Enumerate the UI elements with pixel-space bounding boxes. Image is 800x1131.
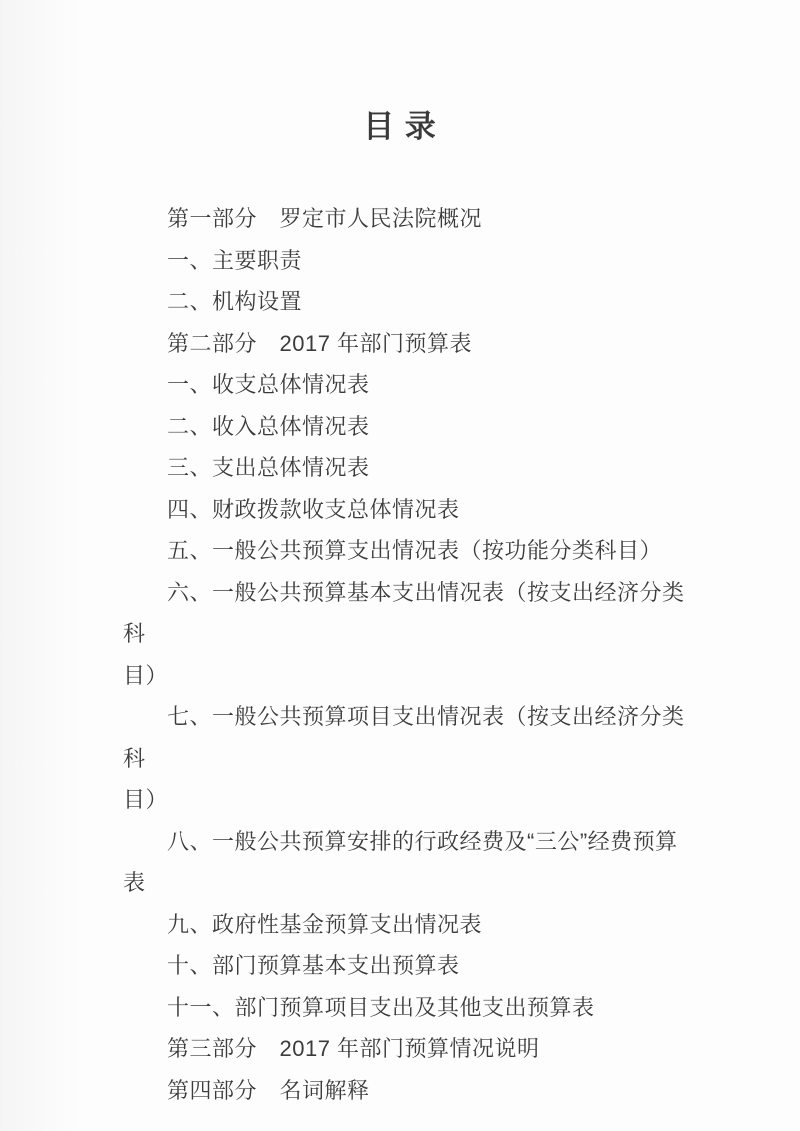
toc-entry: 七、一般公共预算项目支出情况表（按支出经济分类科 目）	[123, 696, 701, 821]
toc-list: 第一部分 罗定市人民法院概况 一、主要职责 二、机构设置 第二部分 2017 年…	[123, 198, 701, 1111]
toc-entry-part3: 第三部分 2017 年部门预算情况说明	[123, 1028, 701, 1070]
toc-entry-part2: 第二部分 2017 年部门预算表	[123, 323, 701, 365]
toc-entry: 十、部门预算基本支出预算表	[123, 945, 701, 987]
scanned-document-page: 目 录 第一部分 罗定市人民法院概况 一、主要职责 二、机构设置 第二部分 20…	[0, 0, 800, 1131]
toc-entry: 四、财政拨款收支总体情况表	[123, 489, 701, 531]
toc-entry: 八、一般公共预算安排的行政经费及“三公”经费预算 表	[123, 821, 701, 904]
page-title: 目 录	[0, 101, 800, 146]
toc-entry: 五、一般公共预算支出情况表（按功能分类科目）	[123, 530, 701, 572]
toc-entry: 一、收支总体情况表	[123, 364, 701, 406]
toc-entry-part4: 第四部分 名词解释	[123, 1070, 701, 1112]
toc-entry: 三、支出总体情况表	[123, 447, 701, 489]
toc-entry: 一、主要职责	[123, 240, 701, 282]
toc-entry: 六、一般公共预算基本支出情况表（按支出经济分类科 目）	[123, 572, 701, 697]
toc-entry: 九、政府性基金预算支出情况表	[123, 904, 701, 946]
toc-entry: 二、机构设置	[123, 281, 701, 323]
toc-entry: 二、收入总体情况表	[123, 406, 701, 448]
toc-entry-part1: 第一部分 罗定市人民法院概况	[123, 198, 701, 240]
toc-entry: 十一、部门预算项目支出及其他支出预算表	[123, 987, 701, 1029]
